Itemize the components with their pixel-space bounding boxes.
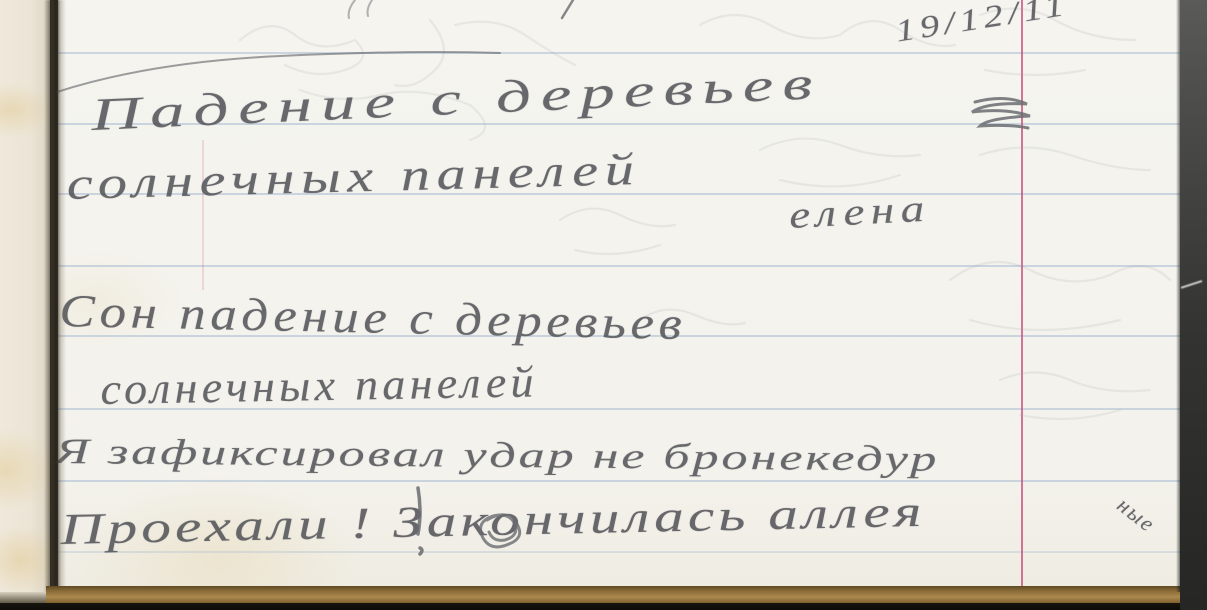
rule-line: [58, 480, 1180, 482]
edge-scratch: [1181, 280, 1207, 304]
pink-margin-line: [1021, 0, 1023, 588]
scanned-notebook-page: 19/12/11 Падение с деревьев солнечных па…: [0, 0, 1207, 610]
scan-bottom-edge: [0, 603, 1207, 610]
rule-line: [58, 52, 1180, 54]
underlying-page-edge: [0, 0, 50, 596]
handwritten-line-5: Я зафиксировал удар не бронекедур: [55, 430, 940, 480]
handwritten-line-4: солнечных панелей: [100, 356, 538, 415]
rule-line: [58, 265, 1180, 267]
scan-right-edge: [1180, 0, 1207, 610]
handwritten-signature: елена: [788, 187, 932, 238]
gutter-crease: [44, 0, 66, 592]
